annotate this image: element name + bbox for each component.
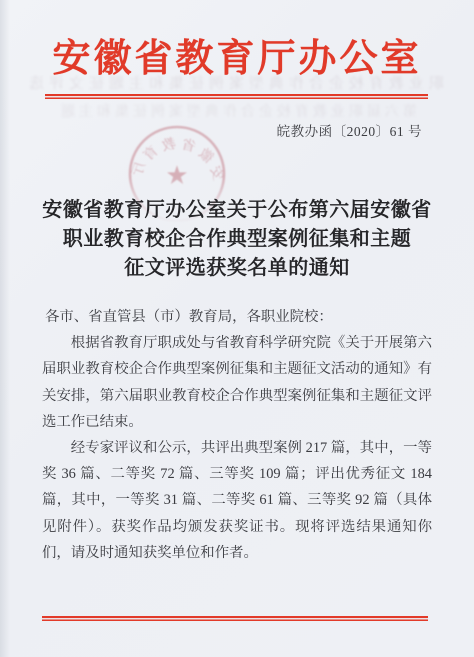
body-paragraph-1: 根据省教育厅职成处与省教育科学研究院《关于开展第六届职业教育校企合作典型案例征集… [42,330,432,435]
document-page: 职业教育校企合作典型案例征集和主题征文评选 第六届职业教育校企合作典型案例征集和… [0,0,474,657]
letterhead-title: 安徽省教育厅办公室 [0,27,474,82]
seal-arc-text: 安徽省教育厅 [128,135,226,183]
title-line-3: 征文评选获奖名单的通知 [20,254,454,283]
title-line-1: 安徽省教育厅办公室关于公布第六届安徽省 [20,196,454,225]
letterhead-divider [45,94,428,99]
title-line-2: 职业教育校企合作典型案例征集和主题 [20,225,454,254]
body-paragraph-2: 经专家评议和公示，共评出典型案例 217 篇，其中，一等奖 36 篇、二等奖 7… [42,435,432,566]
document-number: 皖教办函〔2020〕61 号 [277,120,422,140]
salutation-line: 各市、省直管县（市）教育局，各职业院校： [42,304,432,330]
footer-divider [42,616,428,621]
seal-star-icon: ★ [165,161,188,190]
document-body: 各市、省直管县（市）教育局，各职业院校： 根据省教育厅职成处与省教育科学研究院《… [42,304,432,566]
svg-text:安徽省教育厅: 安徽省教育厅 [128,135,226,183]
bleedthrough-text-mid: 第六届职业教育校企合作典型案例征集和主题 [30,101,444,121]
document-title: 安徽省教育厅办公室关于公布第六届安徽省 职业教育校企合作典型案例征集和主题 征文… [20,196,454,283]
